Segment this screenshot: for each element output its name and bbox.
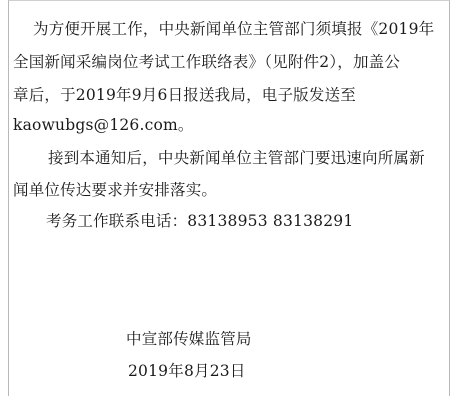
paragraph-1-line-3: 章后，于2019年9月6日报送我局，电子版发送至 [13, 83, 356, 105]
paragraph-1-line-1: 为方便开展工作，中央新闻单位主管部门须填报《2019年 [33, 17, 434, 39]
signature-organization: 中宣部传媒监管局 [126, 327, 252, 349]
paragraph-2-line-2: 闻单位传达要求并安排落实。 [13, 178, 217, 200]
document-page: 为方便开展工作，中央新闻单位主管部门须填报《2019年 全国新闻采编岗位考试工作… [8, 0, 450, 396]
paragraph-1-line-2: 全国新闻采编岗位考试工作联络表》（见附件2），加盖公 [13, 50, 400, 72]
email-address: kaowubgs@126.com。 [13, 113, 194, 135]
paragraph-2-line-1: 接到本通知后，中央新闻单位主管部门要迅速向所属新 [48, 146, 425, 168]
contact-phone: 考务工作联系电话：83138953 83138291 [46, 209, 353, 231]
signature-date: 2019年8月23日 [128, 359, 246, 381]
